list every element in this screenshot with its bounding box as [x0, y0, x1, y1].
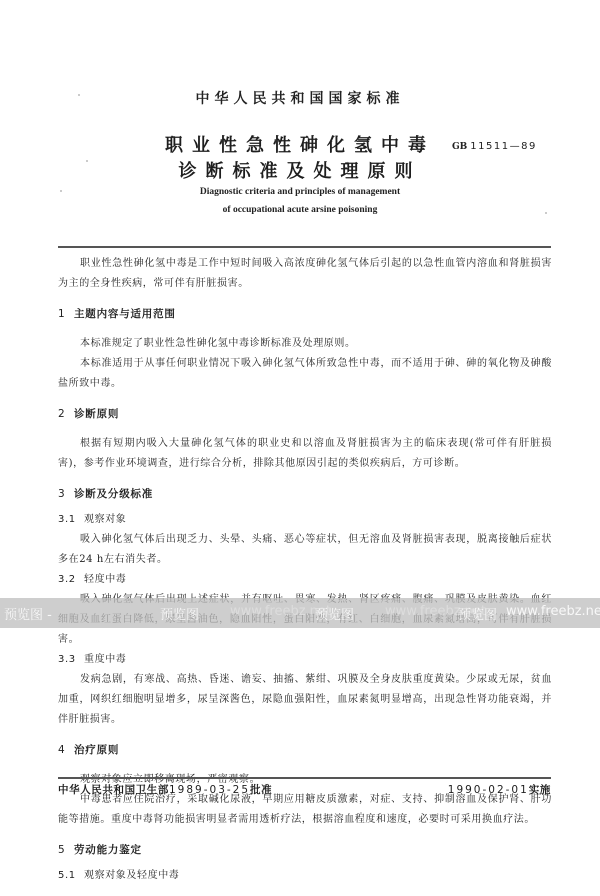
subsection-3-1-text: 吸入砷化氢气体后出现乏力、头晕、头痛、恶心等症状，但无溶血及肾脏损害表现，脱离接… — [58, 530, 552, 570]
intro-paragraph: 职业性急性砷化氢中毒是工作中短时间吸入高浓度砷化氢气体后引起的以急性血管内溶血和… — [58, 254, 552, 294]
approval-suffix: 批准 — [250, 784, 272, 796]
section-5-heading: 5劳动能力鉴定 — [58, 840, 552, 860]
subsection-3-2-heading: 3.2轻度中毒 — [58, 570, 552, 590]
section-2-para-1: 根据有短期内吸入大量砷化氢气体的职业史和以溶血及肾脏损害为主的临床表现(常可伴有… — [58, 434, 552, 474]
effective-suffix: 实施 — [529, 784, 551, 796]
approval-line: 中华人民共和国卫生部1989-03-25批准 — [58, 782, 272, 797]
section-3-heading: 3诊断及分级标准 — [58, 484, 552, 504]
section-1-para-2: 本标准适用于从事任何职业情况下吸入砷化氢气体所致急性中毒，而不适用于砷、砷的氧化… — [58, 354, 552, 394]
document-title-line2: 诊断标准及处理原则 — [0, 157, 600, 183]
gb-prefix: GB — [452, 142, 467, 152]
scan-speck — [360, 812, 362, 814]
watermark-text: 预览图 — [458, 604, 497, 623]
subsection-3-1-heading: 3.1观察对象 — [58, 510, 552, 530]
section-4-heading: 4治疗原则 — [58, 740, 552, 760]
subsection-5-1-heading: 5.1观察对象及轻度中毒 — [58, 866, 552, 886]
scan-speck — [78, 94, 80, 96]
english-title-line1: Diagnostic criteria and principles of ma… — [0, 187, 600, 197]
approving-authority: 中华人民共和国卫生部 — [58, 784, 169, 796]
preview-watermark-band: 预览图 - 预览图 www.freebz.net 预览图 www.freebz.… — [0, 598, 600, 628]
header-divider — [58, 246, 551, 248]
scan-speck — [60, 190, 62, 192]
scan-speck — [545, 212, 547, 214]
subsection-3-3-text: 发病急剧，有寒战、高热、昏迷、谵妄、抽搐、紫绀、巩膜及全身皮肤重度黄染。少尿或无… — [58, 670, 552, 730]
standard-number: GB11511—89 — [452, 141, 537, 152]
section-2-heading: 2诊断原则 — [58, 404, 552, 424]
watermark-text: 预览图 — [160, 604, 199, 623]
effective-date: 1990-02-01 — [448, 784, 529, 796]
subsection-3-3-heading: 3.3重度中毒 — [58, 650, 552, 670]
english-title-line2: of occupational acute arsine poisoning — [0, 205, 600, 215]
national-standard-label: 中华人民共和国国家标准 — [0, 88, 600, 108]
scan-speck — [86, 160, 88, 162]
section-1-heading: 1主题内容与适用范围 — [58, 304, 552, 324]
footer-divider — [58, 777, 551, 779]
watermark-text: 预览图 — [315, 604, 354, 623]
approval-date: 1989-03-25 — [169, 784, 250, 796]
section-1-para-1: 本标准规定了职业性急性砷化氢中毒诊断标准及处理原则。 — [58, 334, 552, 354]
gb-number: 11511—89 — [470, 141, 537, 152]
watermark-text: www.freebz.net — [506, 604, 600, 619]
watermark-text: 预览图 - — [4, 604, 52, 623]
effective-line: 1990-02-01实施 — [448, 782, 551, 797]
